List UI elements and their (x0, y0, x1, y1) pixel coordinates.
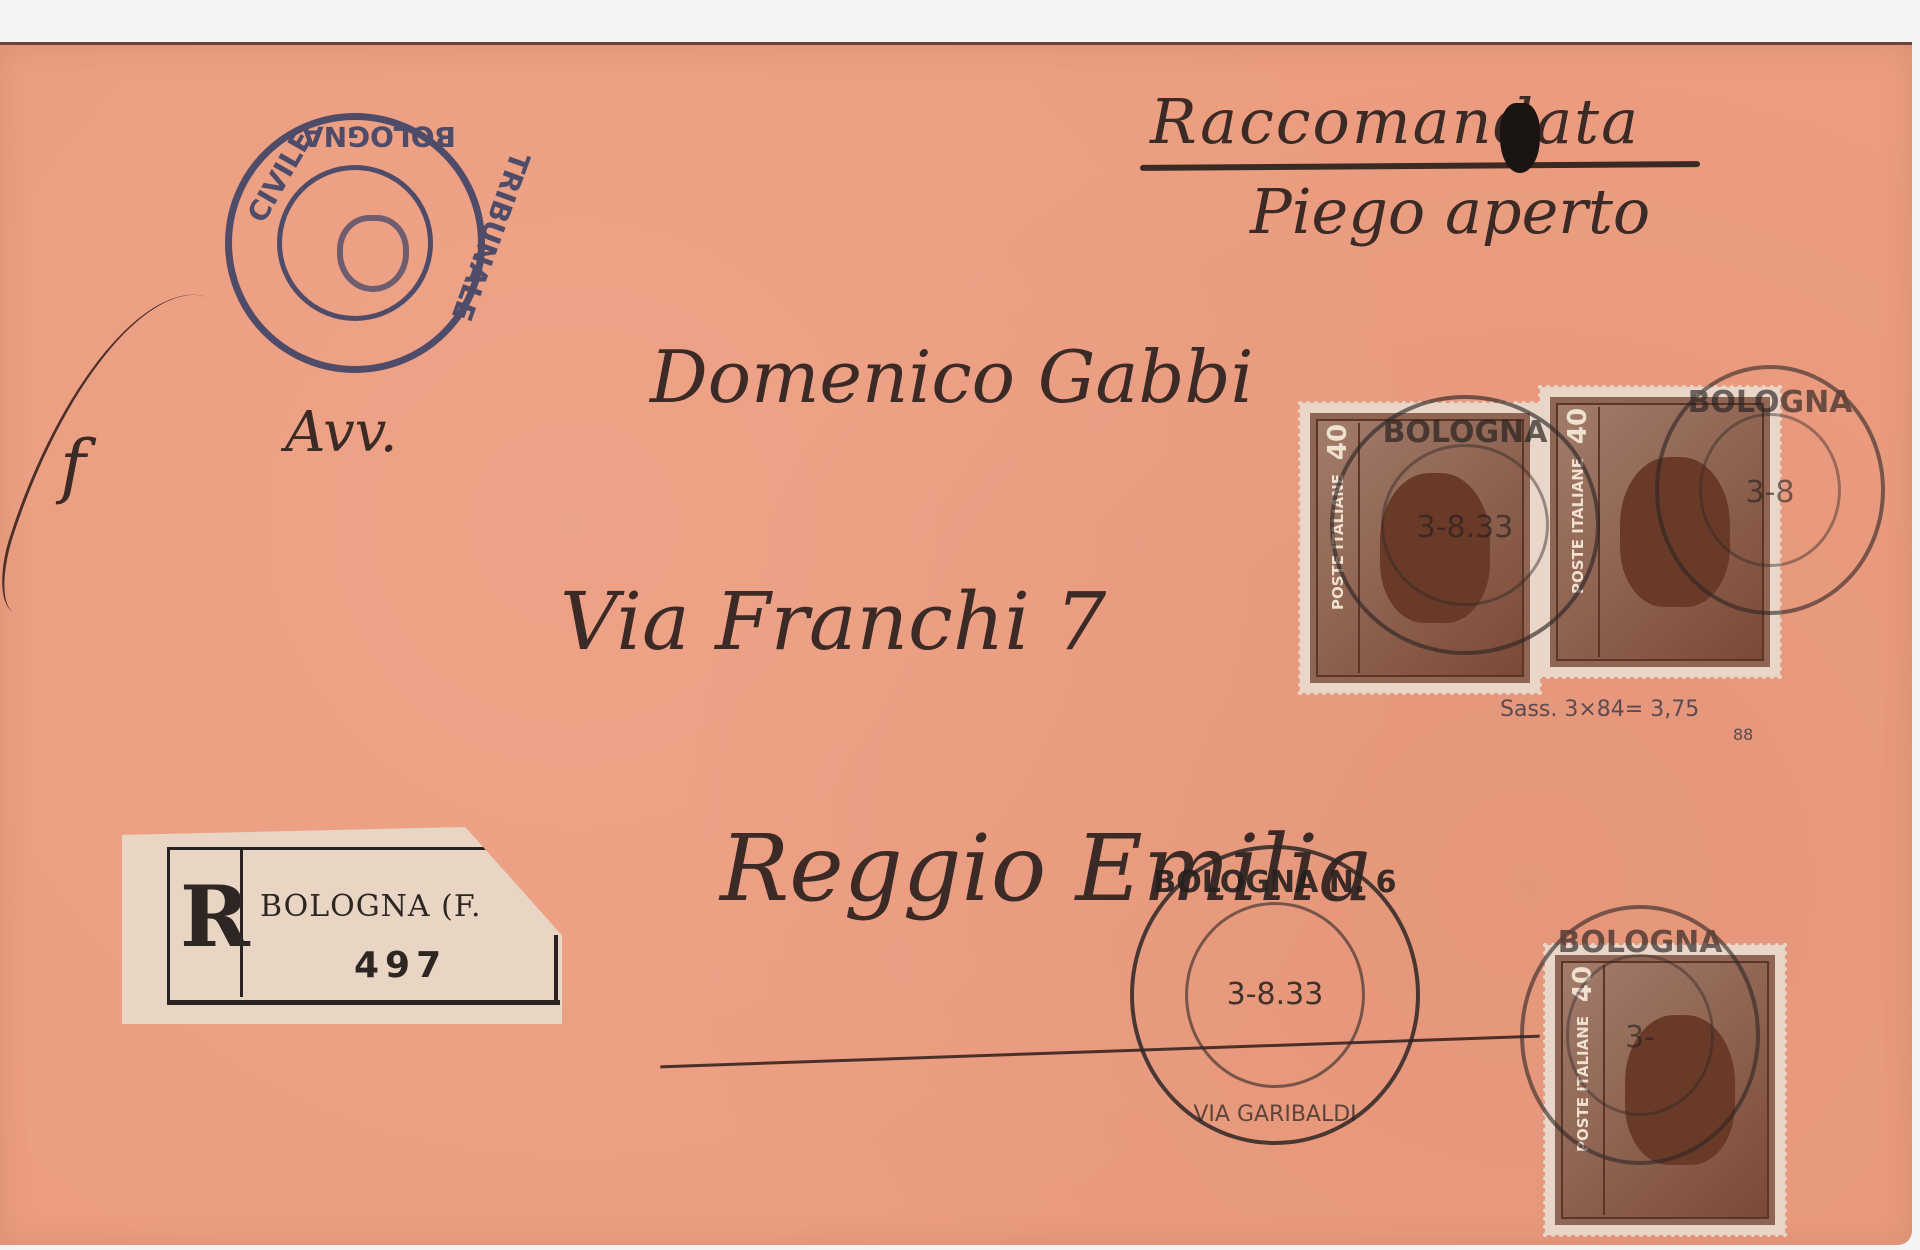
seal-text-right: TRIBUNALE (445, 148, 537, 326)
registration-letter: R (180, 875, 250, 959)
registration-office: BOLOGNA (F. (260, 889, 482, 924)
registration-label: R BOLOGNA (F. 497 (122, 827, 562, 1024)
postmark: BOLOGNA 3-8 (1655, 365, 1885, 615)
pencil-note: Sass. 3×84= 3,75 (1500, 697, 1699, 722)
service-underline (1140, 161, 1700, 171)
postmark: BOLOGNA 3- (1520, 905, 1760, 1165)
service-marking: Raccomandata (1150, 85, 1640, 158)
pencil-note-denominator: 88 (1733, 725, 1753, 744)
postmark: BOLOGNA 3-8.33 (1330, 395, 1600, 655)
addressee-name: Domenico Gabbi (650, 335, 1254, 419)
pen-flourish (0, 262, 235, 649)
envelope: CIVILE BOLOGNA TRIBUNALE Raccomandata Pi… (0, 42, 1912, 1245)
crest-icon (337, 215, 409, 292)
registration-number: 497 (354, 945, 447, 986)
seal-text-top: BOLOGNA (302, 120, 456, 153)
address-street: Via Franchi 7 (560, 575, 1106, 668)
left-initial: f (60, 425, 86, 507)
postmark: BOLOGNA N. 6 3-8.33 VIA GARIBALDI (1130, 845, 1420, 1145)
addressee-title: Avv. (285, 400, 398, 465)
ink-blot (1500, 103, 1540, 173)
seal-inner-ring (277, 165, 433, 321)
handling-marking: Piego aperto (1250, 175, 1650, 248)
tribunal-seal: CIVILE BOLOGNA TRIBUNALE (225, 113, 485, 373)
